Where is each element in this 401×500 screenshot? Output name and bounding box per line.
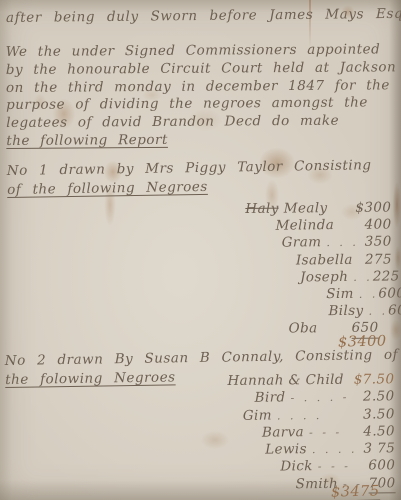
ledger-row: Dick - - - 600 (228, 458, 395, 477)
ledger-row: Bird - . . . - 2.50 (228, 389, 395, 408)
leader-marks: . . . (326, 234, 359, 252)
leader-marks: . . . . (277, 407, 323, 425)
leader-marks: . . (359, 286, 379, 303)
leader-marks: . . (353, 268, 373, 285)
leader-marks: . . (368, 303, 388, 320)
person-name: Gram (282, 235, 322, 253)
struck-name: Haly (245, 201, 279, 219)
person-name: Isabella (296, 251, 353, 269)
person-name: Bird (255, 390, 286, 408)
person-name: Gim (243, 407, 272, 425)
valuation: 600 (368, 458, 395, 476)
sworn-line: after being duly Sworn before James Mays… (6, 6, 401, 26)
valuation: $300 (355, 199, 391, 217)
leader-marks: . . . . (312, 441, 358, 459)
valuation: 350 (365, 234, 392, 251)
valuation: 275 (365, 251, 392, 268)
ledger-row: Haly Mealy $300 (245, 199, 391, 218)
report-line: the following Report (6, 130, 397, 151)
valuation: 3.50 (363, 406, 395, 424)
person-name: Melinda (275, 217, 334, 235)
person-name: Joseph (300, 269, 348, 287)
ledger-row: Gim . . . . 3.50 (228, 406, 395, 425)
valuation: 4.50 (363, 423, 395, 441)
valuation: 600 (378, 285, 401, 302)
leader-marks: - . . . - (290, 389, 349, 407)
person-name: Oba (289, 321, 318, 339)
valuation: 3 75 (363, 440, 395, 458)
lot2-total: $3475 (331, 483, 380, 500)
leader-marks: - - - (309, 424, 342, 442)
ledger-row: Hannah & Child $7.50 (227, 371, 394, 390)
lot2-ledger: Hannah & Child $7.50 Bird - . . . - 2.50… (227, 371, 395, 495)
valuation: 2.50 (363, 389, 395, 407)
person-name: Barva (262, 424, 304, 442)
paragraph-line: legatees of david Brandon Decd do make (6, 112, 397, 133)
opening-paragraph: We the under Signed Commissioners appoin… (6, 41, 397, 151)
leader-marks: - - - (318, 458, 351, 476)
lot1-ledger: Haly Mealy $300 Melinda 400 Gram . . . 3… (245, 199, 392, 339)
ledger-row: Bilsy . . 600 (246, 303, 392, 322)
person-name: Dick (280, 459, 313, 477)
person-name: Lewis (265, 441, 307, 459)
valuation: 225 (373, 268, 400, 285)
ledger-row: Melinda 400 (245, 217, 391, 236)
ledger-row: Gram . . . 350 (246, 234, 392, 253)
paragraph-line: by the honourable Circuit Court held at … (6, 59, 397, 80)
valuation: $7.50 (354, 371, 395, 389)
valuation: 400 (364, 217, 391, 234)
ledger-row: Lewis . . . . 3 75 (228, 440, 395, 459)
valuation: 600 (388, 302, 401, 319)
ledger-row: Barva - - - 4.50 (228, 423, 395, 442)
ledger-row: Joseph . . 225 (246, 268, 392, 287)
person-name: Bilsy (328, 303, 363, 321)
ledger-row: Sim . . 600 (246, 285, 392, 304)
person-name: Mealy (284, 200, 328, 218)
person-name: Sim (326, 286, 354, 303)
person-name: Hannah & Child (227, 372, 344, 391)
lot1-heading: No 1 drawn by Mrs Piggy Taylor Consistin… (7, 156, 372, 199)
ledger-row: Isabella 275 (246, 251, 392, 270)
manuscript-page: after being duly Sworn before James Mays… (0, 0, 401, 500)
